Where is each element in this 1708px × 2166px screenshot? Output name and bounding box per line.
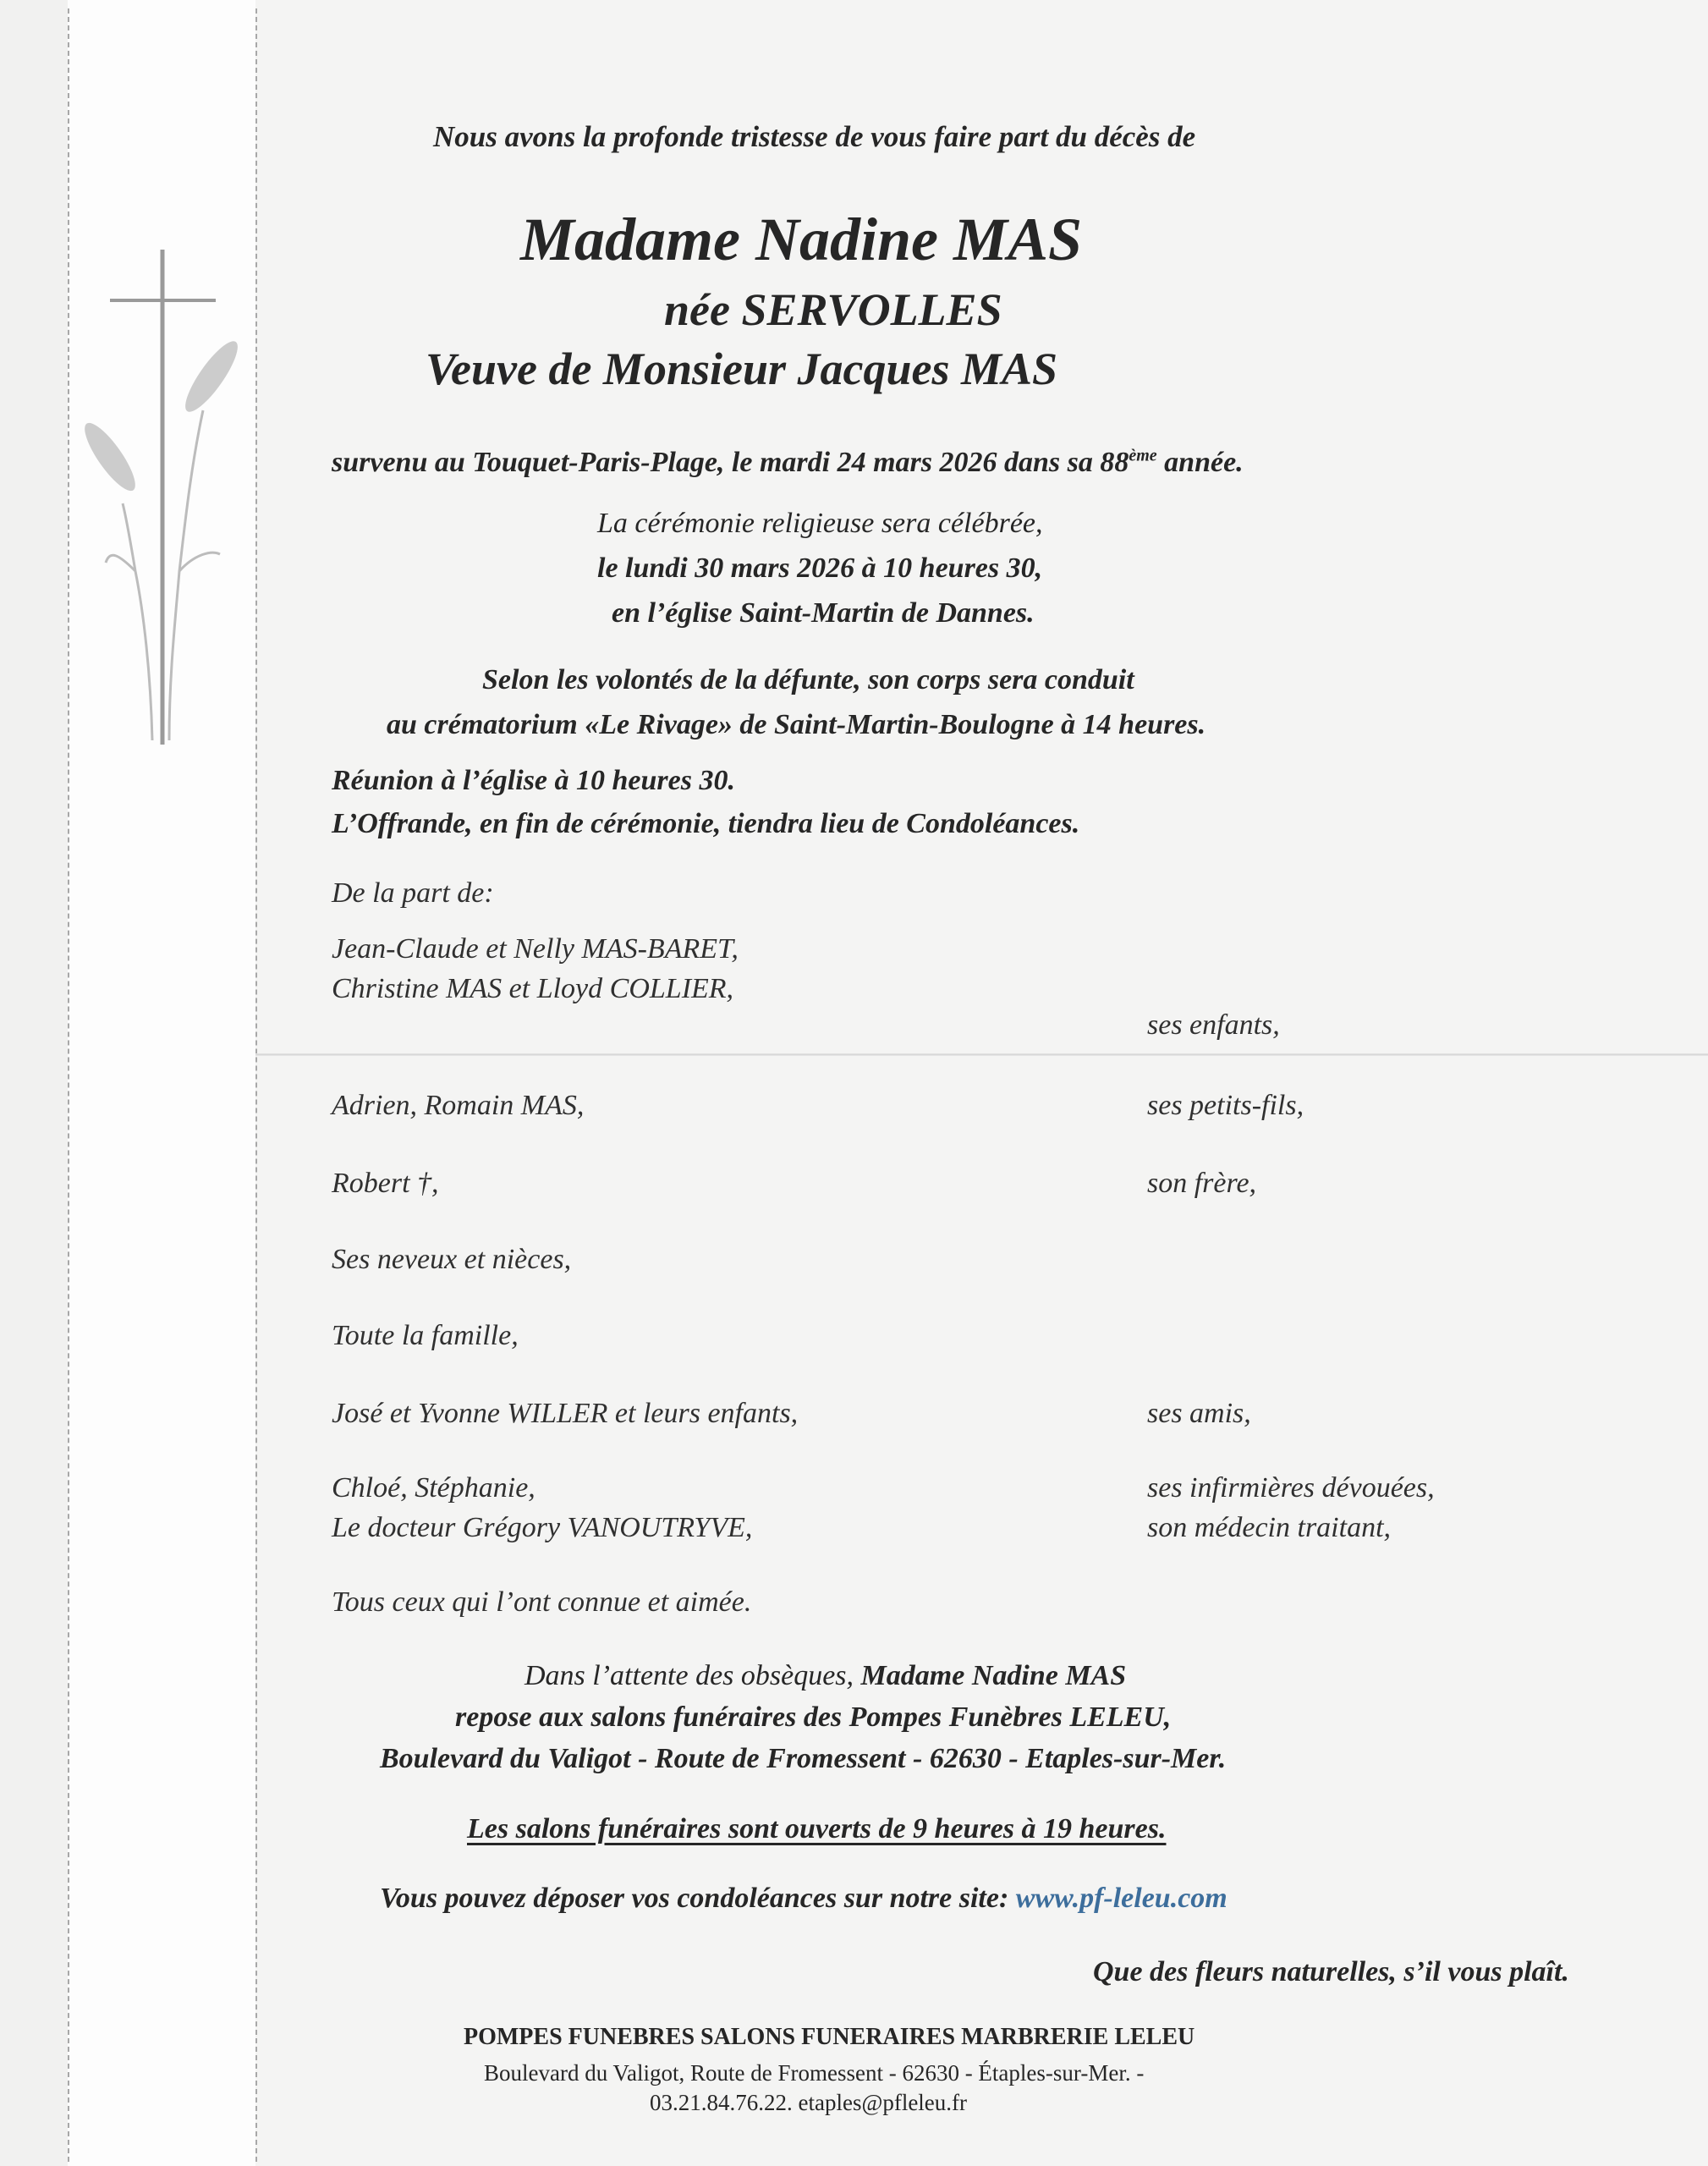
meeting-line-1: Réunion à l’église à 10 heures 30. bbox=[332, 765, 735, 797]
death-text: survenu au Touquet-Paris-Plage, le mardi… bbox=[332, 447, 1129, 478]
family-member-name: Chloé, Stéphanie, bbox=[332, 1472, 535, 1504]
meeting-line-2: L’Offrande, en fin de cérémonie, tiendra… bbox=[332, 808, 1079, 840]
family-member-name: Ses neveux et nièces, bbox=[332, 1244, 571, 1276]
ordinal-suffix: ème bbox=[1129, 447, 1156, 465]
condolences-prefix: Vous pouvez déposer vos condoléances sur… bbox=[380, 1883, 1016, 1914]
family-heading: De la part de: bbox=[332, 877, 494, 910]
ceremony-line-1: La cérémonie religieuse sera célébrée, bbox=[597, 508, 1043, 540]
family-member-name: Tous ceux qui l’ont connue et aimée. bbox=[332, 1586, 751, 1619]
family-member-name: Toute la famille, bbox=[332, 1320, 519, 1352]
rest-line-2: repose aux salons funéraires des Pompes … bbox=[455, 1701, 1171, 1734]
footer-contact: 03.21.84.76.22. etaples@pfleleu.fr bbox=[650, 2090, 967, 2116]
opening-hours: Les salons funéraires sont ouverts de 9 … bbox=[467, 1813, 1166, 1845]
family-member-name: Le docteur Grégory VANOUTRYVE, bbox=[332, 1512, 752, 1544]
family-relation: ses enfants, bbox=[1147, 1009, 1280, 1042]
cremation-line-2: au crématorium «Le Rivage» de Saint-Mart… bbox=[387, 709, 1205, 741]
footer-address: Boulevard du Valigot, Route de Fromessen… bbox=[484, 2060, 1144, 2086]
rest-line-3: Boulevard du Valigot - Route de Fromesse… bbox=[380, 1743, 1226, 1775]
rest-line-1: Dans l’attente des obsèques, Madame Nadi… bbox=[524, 1660, 1126, 1692]
death-text-end: année. bbox=[1157, 447, 1244, 478]
family-member-name: Robert †, bbox=[332, 1168, 439, 1200]
widow-of: Veuve de Monsieur Jacques MAS bbox=[426, 343, 1057, 395]
deceased-name: Madame Nadine MAS bbox=[520, 205, 1082, 275]
rest-deceased-name: Madame Nadine MAS bbox=[861, 1660, 1127, 1691]
page-margin bbox=[0, 0, 68, 2166]
ceremony-line-2: le lundi 30 mars 2026 à 10 heures 30, bbox=[597, 552, 1042, 585]
family-relation: ses petits-fils, bbox=[1147, 1090, 1304, 1122]
footer-company: POMPES FUNEBRES SALONS FUNERAIRES MARBRE… bbox=[464, 2024, 1195, 2051]
family-member-name: Christine MAS et Lloyd COLLIER, bbox=[332, 973, 733, 1005]
website-link[interactable]: www.pf-leleu.com bbox=[1016, 1883, 1227, 1914]
family-member-name: Adrien, Romain MAS, bbox=[332, 1090, 584, 1122]
flowers-request: Que des fleurs naturelles, s’il vous pla… bbox=[1093, 1956, 1569, 1988]
family-member-name: José et Yvonne WILLER et leurs enfants, bbox=[332, 1398, 798, 1430]
family-relation: ses amis, bbox=[1147, 1398, 1251, 1430]
rest-prefix: Dans l’attente des obsèques, bbox=[524, 1660, 861, 1691]
maiden-name: née SERVOLLES bbox=[664, 283, 1002, 336]
fold-dashed-line-left bbox=[68, 8, 69, 2162]
death-details: survenu au Touquet-Paris-Plage, le mardi… bbox=[332, 447, 1244, 479]
ceremony-line-3: en l’église Saint-Martin de Dannes. bbox=[612, 597, 1035, 629]
family-relation: son médecin traitant, bbox=[1147, 1512, 1391, 1544]
paper-fold-line bbox=[255, 1053, 1708, 1056]
condolences-line: Vous pouvez déposer vos condoléances sur… bbox=[380, 1883, 1227, 1915]
cremation-line-1: Selon les volontés de la défunte, son co… bbox=[482, 664, 1134, 696]
cross-with-wheat-icon bbox=[85, 250, 254, 757]
family-relation: son frère, bbox=[1147, 1168, 1256, 1200]
family-relation: ses infirmières dévouées, bbox=[1147, 1472, 1435, 1504]
fold-dashed-line-right bbox=[255, 8, 257, 2162]
family-member-name: Jean-Claude et Nelly MAS-BARET, bbox=[332, 933, 739, 965]
intro-text: Nous avons la profonde tristesse de vous… bbox=[433, 120, 1195, 154]
